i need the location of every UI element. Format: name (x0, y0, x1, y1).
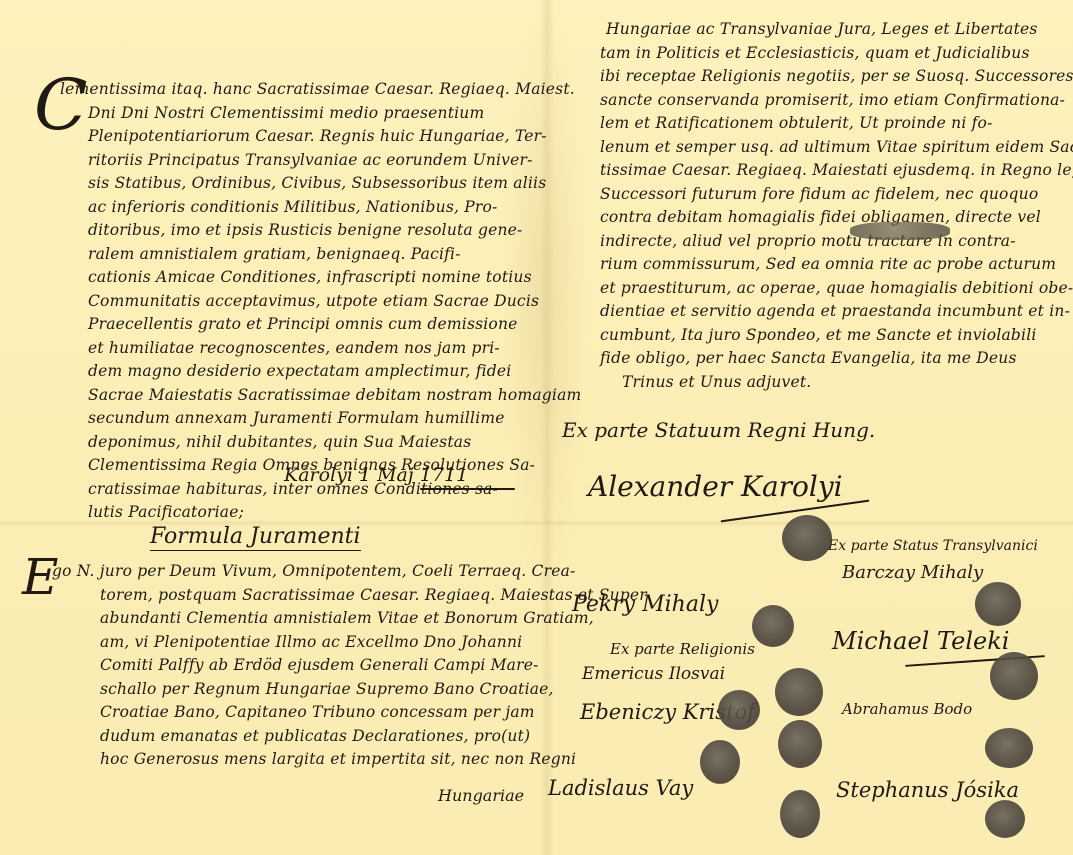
letter-line: Plenipotentiariorum Caesar. Regnis huic … (60, 125, 581, 149)
signature-josika: Stephanus Jósika (836, 778, 1019, 802)
oath-line: am, vi Plenipotentiae Illmo ac Excellmo … (52, 631, 647, 655)
letter-line: ritoriis Principatus Transylvaniae ac eo… (60, 149, 581, 173)
signature-vay: Ladislaus Vay (548, 776, 693, 800)
oath-line: contra debitam homagialis fidei obligame… (600, 206, 1073, 230)
signature-header-transylvania: Ex parte Status Transylvanici (828, 538, 1038, 554)
right-oath-text: Hungariae ac Transylvaniae Jura, Leges e… (600, 18, 1073, 394)
letter-line: et humiliatae recognoscentes, eandem nos… (60, 337, 581, 361)
letter-line: ralem amnistialem gratiam, benignaeq. Pa… (60, 243, 581, 267)
letter-line: cationis Amicae Conditiones, infrascript… (60, 266, 581, 290)
letter-line: dem magno desiderio expectatam amplectim… (60, 360, 581, 384)
signature-teleki: Michael Teleki (832, 627, 1009, 655)
signature-bodo: Abrahamus Bodo (842, 700, 972, 718)
left-oath-text: go N. juro per Deum Vivum, Omnipotentem,… (52, 560, 647, 772)
signature-header-estates: Ex parte Statuum Regni Hung. (562, 418, 875, 442)
wax-seal (775, 668, 823, 716)
signature-header-religion: Ex parte Religionis (610, 640, 755, 658)
oath-line: indirecte, aliud vel proprio motu tracta… (600, 230, 1073, 254)
oath-line: tissimae Caesar. Regiaeq. Maiestati ejus… (600, 159, 1073, 183)
oath-line: lem et Ratificationem obtulerit, Ut proi… (600, 112, 1073, 136)
letter-line: Sacrae Maiestatis Sacratissimae debitam … (60, 384, 581, 408)
wax-seal (782, 515, 832, 561)
letter-line: Dni Dni Nostri Clementissimi medio praes… (60, 102, 581, 126)
oath-line: hoc Generosus mens largita et impertita … (52, 748, 647, 772)
letter-line: secundum annexam Juramenti Formulam humi… (60, 407, 581, 431)
letter-line: Communitatis acceptavimus, utpote etiam … (60, 290, 581, 314)
oath-line: Comiti Palffy ab Erdöd ejusdem Generali … (52, 654, 647, 678)
letter-line: deponimus, nihil dubitantes, quin Sua Ma… (60, 431, 581, 455)
letter-line: Praecellentis grato et Principi omnis cu… (60, 313, 581, 337)
wax-seal (780, 790, 820, 838)
oath-line: ibi receptae Religionis negotiis, per se… (600, 65, 1073, 89)
letter-line: ditoribus, imo et ipsis Rusticis benigne… (60, 219, 581, 243)
signature-emericus: Emericus Ilosvai (582, 664, 725, 684)
left-letter-text: lementissima itaq. hanc Sacratissimae Ca… (60, 78, 581, 525)
oath-line: dudum emanatas et publicatas Declaration… (52, 725, 647, 749)
wax-seal (985, 728, 1033, 768)
oath-line: schallo per Regnum Hungariae Supremo Ban… (52, 678, 647, 702)
wax-seal (718, 690, 760, 730)
signature-karolyi: Alexander Karolyi (588, 470, 843, 503)
oath-line: fide obligo, per haec Sancta Evangelia, … (600, 347, 1073, 371)
letter-line: lutis Pacificatoriae; (60, 501, 581, 525)
date-signature-line: Károlyi 1 Maj 1711 (284, 464, 468, 486)
oath-line: abundanti Clementia amnistialem Vitae et… (52, 607, 647, 631)
letter-line: sis Statibus, Ordinibus, Civibus, Subses… (60, 172, 581, 196)
oath-line: dientiae et servitio agenda et praestand… (600, 300, 1073, 324)
signature-pekry: Pekry Mihaly (572, 592, 718, 617)
ink-smudge (850, 222, 950, 240)
oath-line: et praestiturum, ac operae, quae homagia… (600, 277, 1073, 301)
date-underline (420, 488, 515, 490)
oath-line: Trinus et Unus adjuvet. (600, 371, 1073, 395)
oath-line: sancte conservanda promiserit, imo etiam… (600, 89, 1073, 113)
oath-formula-heading: Formula Juramenti (150, 524, 361, 551)
wax-seal (990, 652, 1038, 700)
oath-line: rium commissurum, Sed ea omnia rite ac p… (600, 253, 1073, 277)
wax-seal (752, 605, 794, 647)
letter-line: lementissima itaq. hanc Sacratissimae Ca… (60, 78, 581, 102)
wax-seal (975, 582, 1021, 626)
oath-line: Croatiae Bano, Capitaneo Tribuno concess… (52, 701, 647, 725)
oath-line: go N. juro per Deum Vivum, Omnipotentem,… (52, 560, 647, 584)
oath-line: Successori futurum fore fidum ac fidelem… (600, 183, 1073, 207)
wax-seal (985, 800, 1025, 838)
letter-line: ac inferioris conditionis Militibus, Nat… (60, 196, 581, 220)
signature-barczay: Barczay Mihaly (842, 562, 983, 583)
oath-line: Hungariae ac Transylvaniae Jura, Leges e… (600, 18, 1073, 42)
wax-seal (778, 720, 822, 768)
oath-line: tam in Politicis et Ecclesiasticis, quam… (600, 42, 1073, 66)
oath-line: cumbunt, Ita juro Spondeo, et me Sancte … (600, 324, 1073, 348)
catchword: Hungariae (438, 786, 524, 805)
oath-line: lenum et semper usq. ad ultimum Vitae sp… (600, 136, 1073, 160)
wax-seal (700, 740, 740, 784)
oath-line: torem, postquam Sacratissimae Caesar. Re… (52, 584, 647, 608)
